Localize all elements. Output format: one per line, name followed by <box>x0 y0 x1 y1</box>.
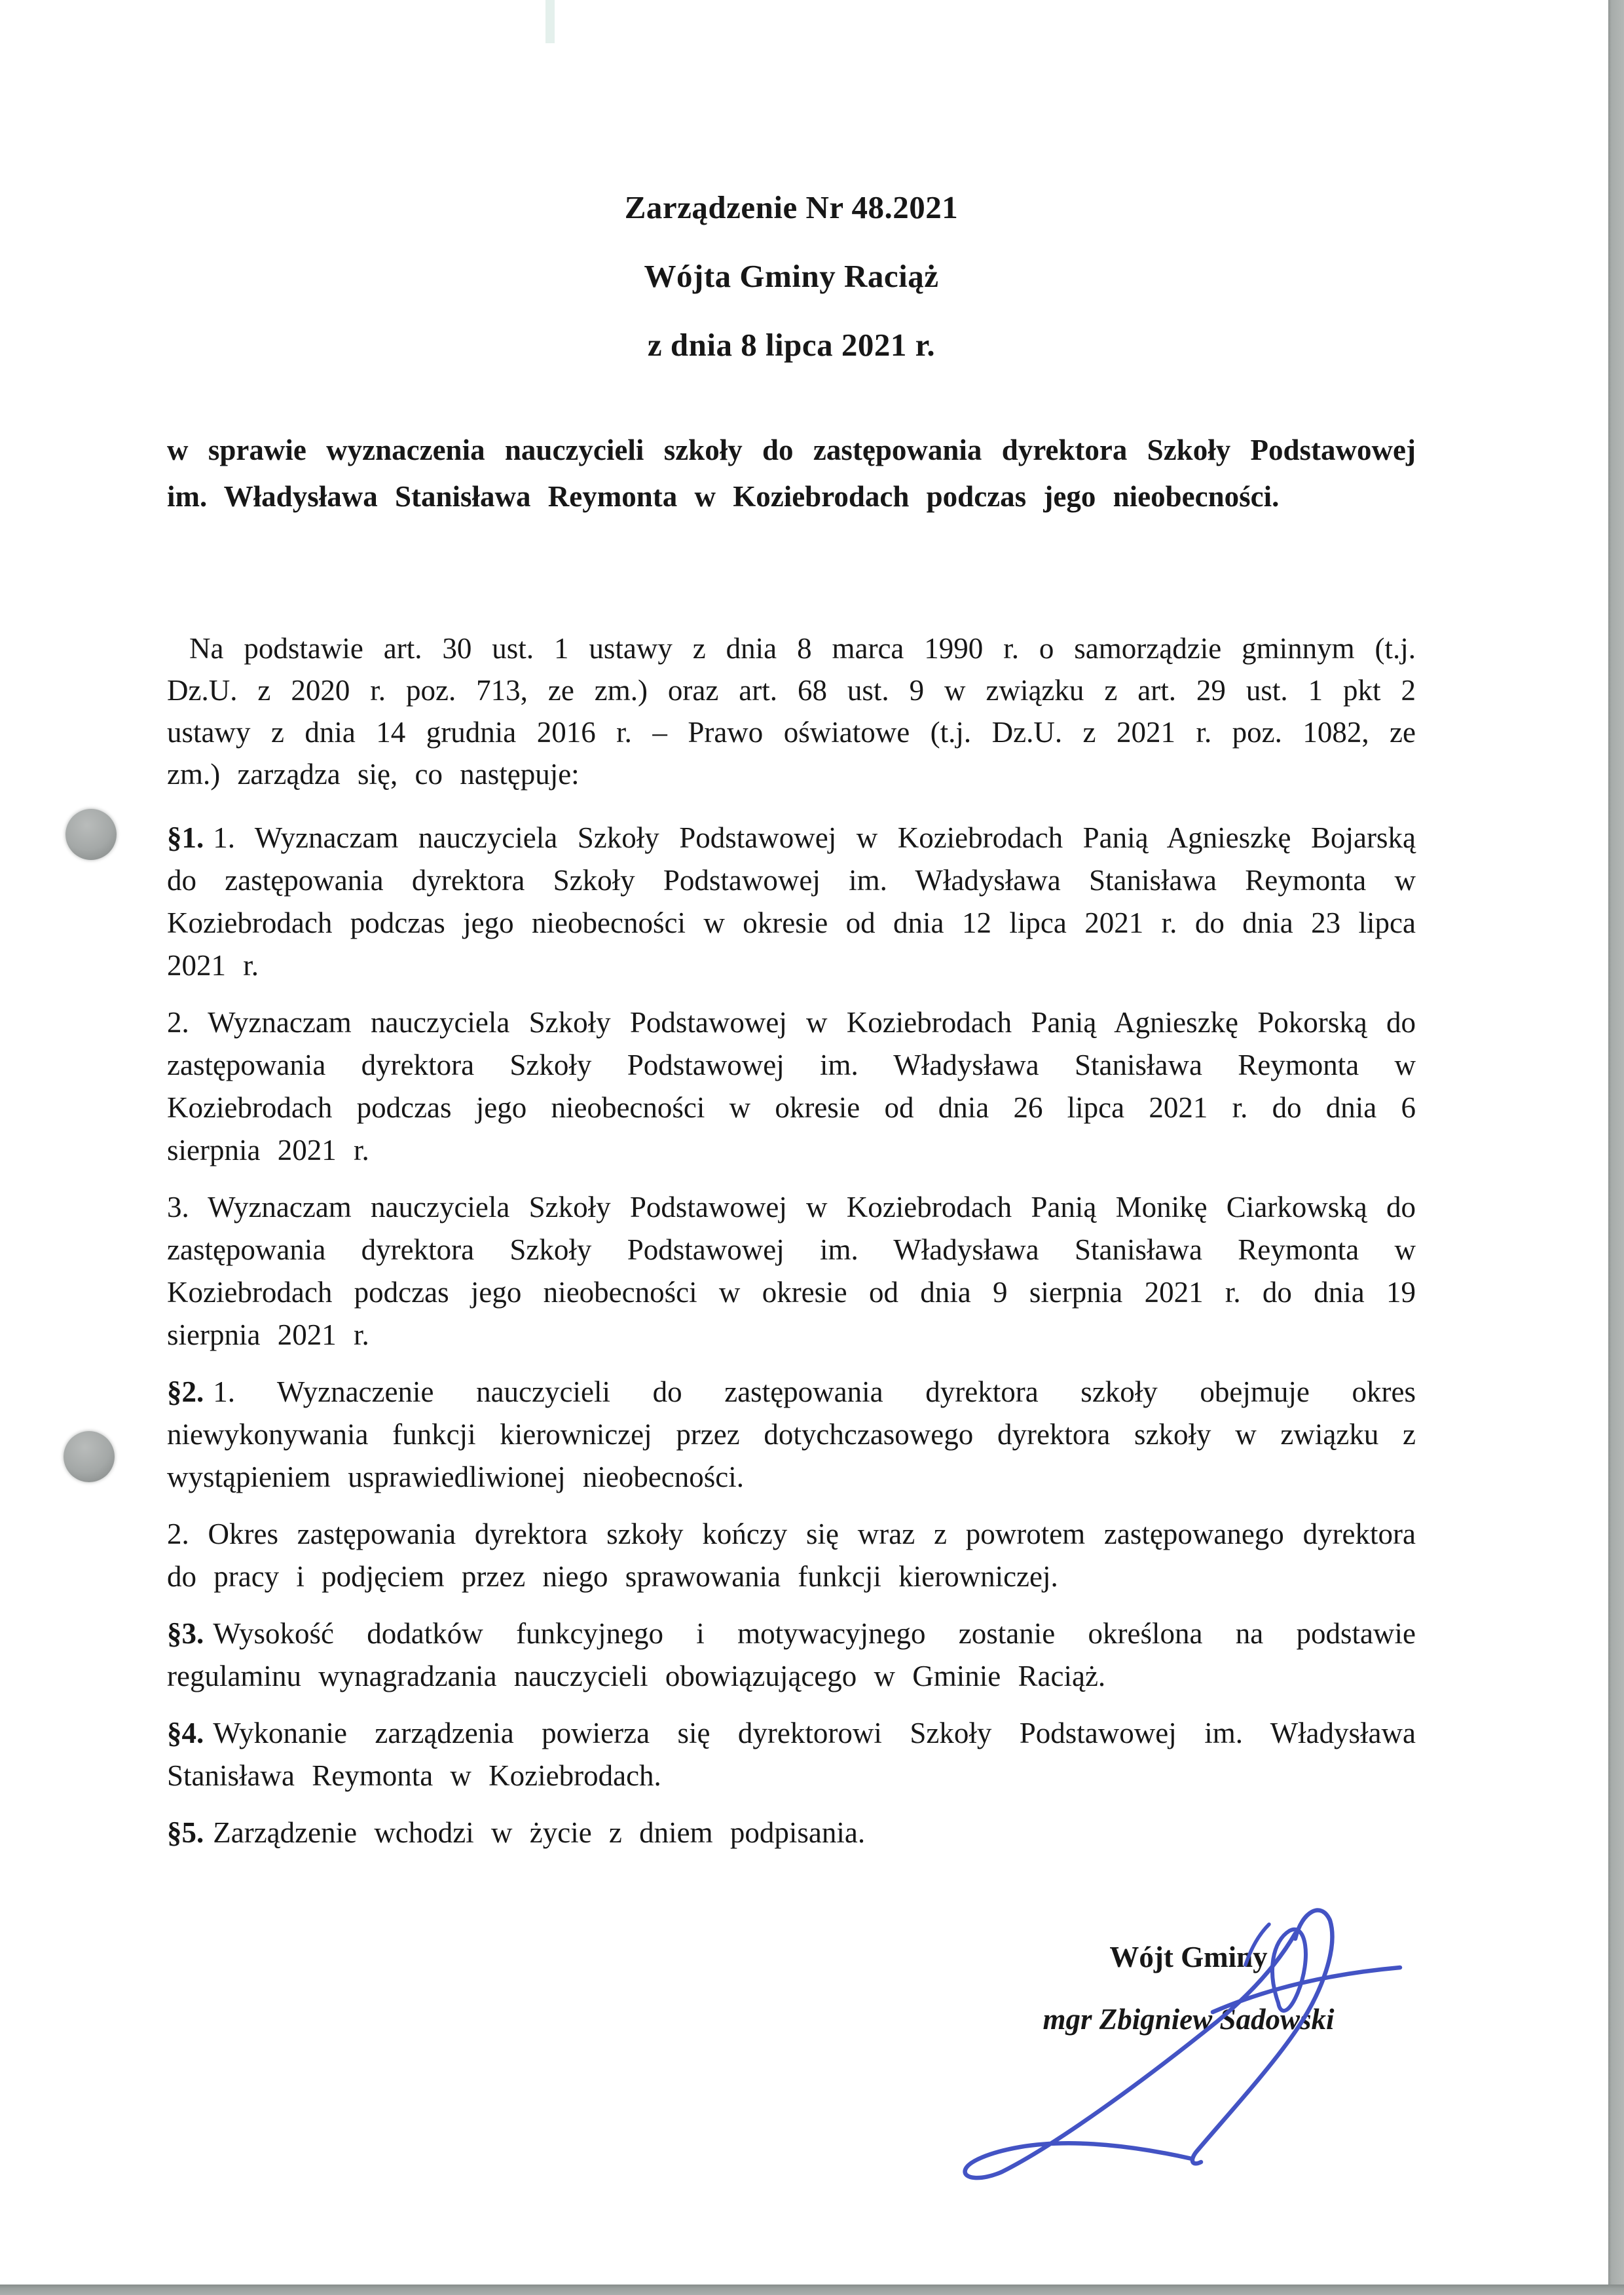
signature-block: Wójt Gminy mgr Zbigniew Sadowski <box>940 1940 1437 2036</box>
scan-right-edge-artifact <box>1608 0 1624 2295</box>
signature-name: mgr Zbigniew Sadowski <box>940 2002 1437 2036</box>
ordinance-paragraph-6: §3.Wysokość dodatków funkcyjnego i motyw… <box>167 1613 1416 1698</box>
scanned-document-page: Zarządzenie Nr 48.2021 Wójta Gminy Racią… <box>0 0 1624 2295</box>
hole-punch-top <box>65 809 117 860</box>
document-title-block: Zarządzenie Nr 48.2021 Wójta Gminy Racią… <box>167 0 1416 362</box>
paragraph-marker: §3. <box>167 1617 204 1650</box>
ordinance-paragraph-1: §1.1. Wyznaczam nauczyciela Szkoły Podst… <box>167 817 1416 987</box>
paragraph-text: 3. Wyznaczam nauczyciela Szkoły Podstawo… <box>167 1191 1416 1351</box>
paragraph-marker: §2. <box>167 1375 204 1408</box>
hole-punch-bottom <box>64 1431 115 1482</box>
document-body: Zarządzenie Nr 48.2021 Wójta Gminy Racią… <box>167 0 1416 2036</box>
paragraph-marker: §4. <box>167 1717 204 1749</box>
title-line-ordinance-number: Zarządzenie Nr 48.2021 <box>167 191 1416 224</box>
paragraph-text: 1. Wyznaczam nauczyciela Szkoły Podstawo… <box>167 821 1416 982</box>
ordinance-paragraph-4: §2.1. Wyznaczenie nauczycieli do zastępo… <box>167 1371 1416 1499</box>
subject-paragraph: w sprawie wyznaczenia nauczycieli szkoły… <box>167 427 1416 520</box>
paragraph-text: 2. Wyznaczam nauczyciela Szkoły Podstawo… <box>167 1006 1416 1166</box>
scan-bottom-edge-artifact <box>0 2285 1624 2295</box>
ordinance-paragraph-2: 2. Wyznaczam nauczyciela Szkoły Podstawo… <box>167 1001 1416 1172</box>
paragraph-text: Wykonanie zarządzenia powierza się dyrek… <box>167 1717 1416 1792</box>
paragraph-text: Zarządzenie wchodzi w życie z dniem podp… <box>213 1816 865 1849</box>
title-line-date: z dnia 8 lipca 2021 r. <box>167 329 1416 362</box>
paragraph-text: 2. Okres zastępowania dyrektora szkoły k… <box>167 1518 1416 1593</box>
preamble-paragraph: Na podstawie art. 30 ust. 1 ustawy z dni… <box>167 627 1416 795</box>
ordinance-paragraph-7: §4.Wykonanie zarządzenia powierza się dy… <box>167 1712 1416 1797</box>
ordinance-paragraph-3: 3. Wyznaczam nauczyciela Szkoły Podstawo… <box>167 1186 1416 1356</box>
signature-role: Wójt Gminy <box>940 1940 1437 1974</box>
paragraph-marker: §5. <box>167 1816 204 1849</box>
ordinance-paragraph-8: §5.Zarządzenie wchodzi w życie z dniem p… <box>167 1812 1416 1854</box>
paragraph-marker: §1. <box>167 821 204 854</box>
ordinance-paragraph-5: 2. Okres zastępowania dyrektora szkoły k… <box>167 1513 1416 1598</box>
paragraph-text: 1. Wyznaczenie nauczycieli do zastępowan… <box>167 1375 1416 1493</box>
title-line-issuer: Wójta Gminy Raciąż <box>167 260 1416 293</box>
paragraph-text: Wysokość dodatków funkcyjnego i motywacy… <box>167 1617 1416 1692</box>
